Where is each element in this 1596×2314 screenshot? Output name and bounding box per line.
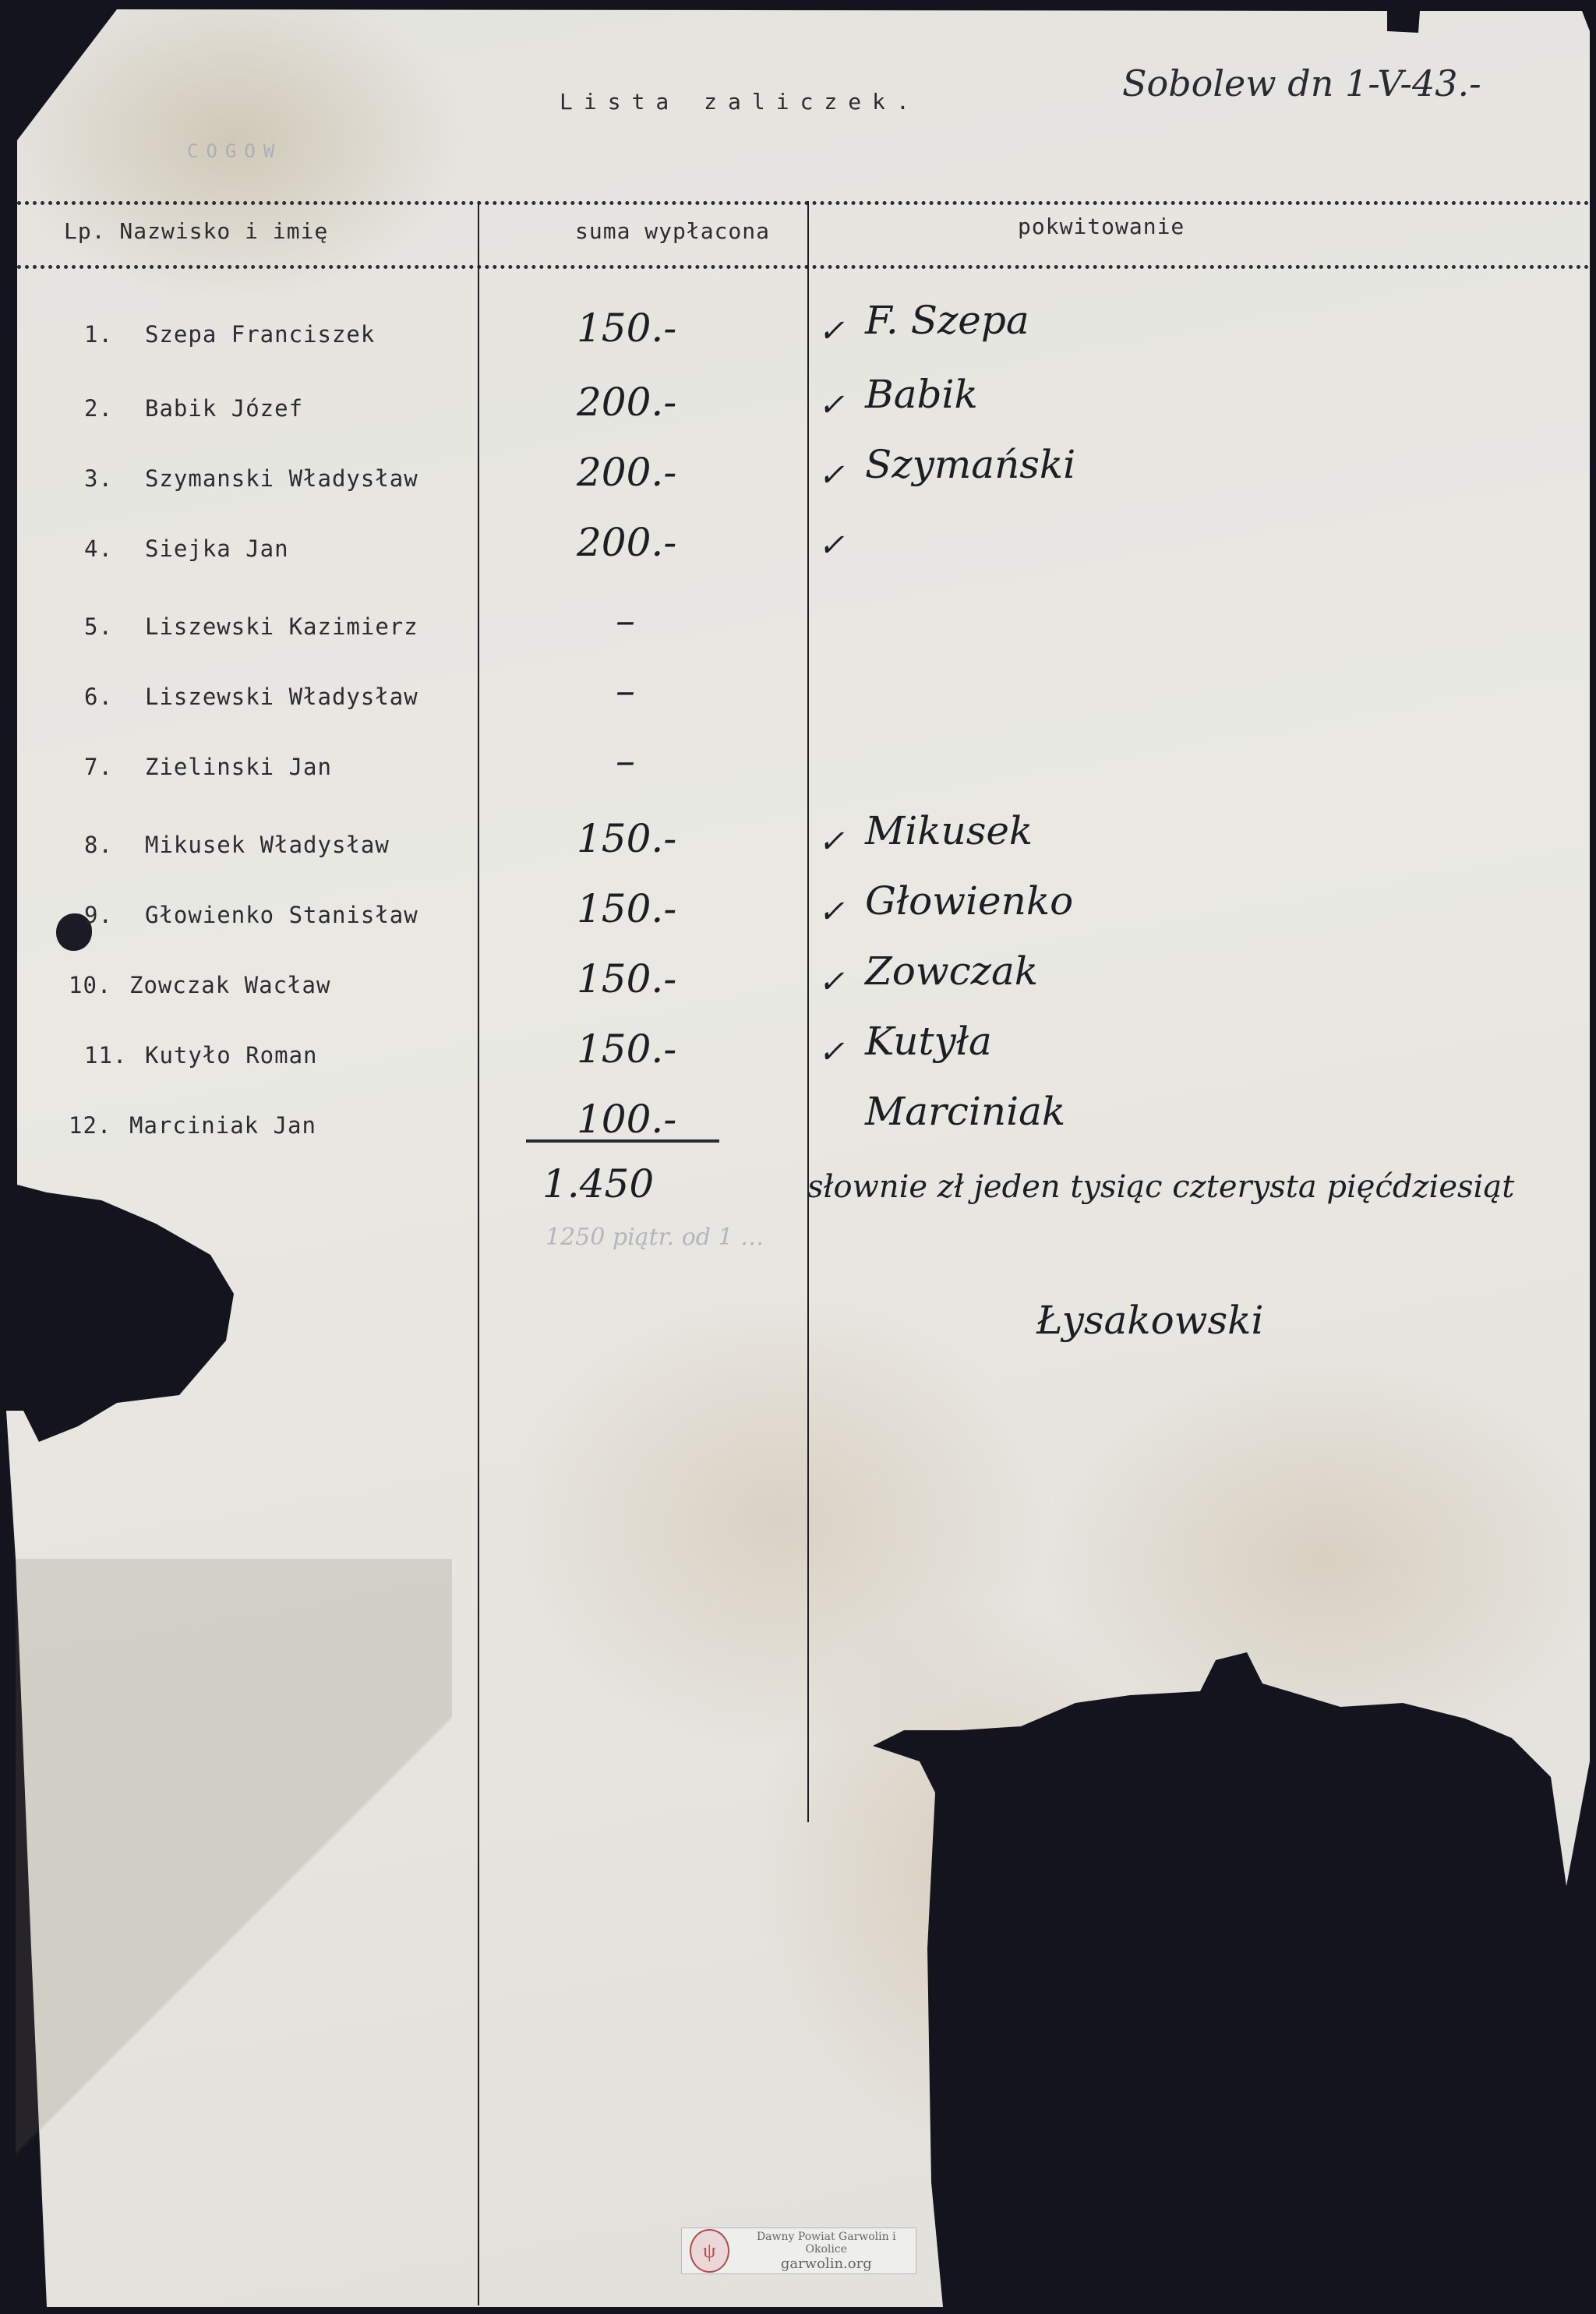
check-icon: ✓ bbox=[818, 894, 845, 930]
check-icon: ✓ bbox=[818, 1034, 845, 1070]
row-amount: 200.- bbox=[577, 450, 676, 495]
row-signature: Głowienko bbox=[865, 878, 1073, 924]
row-signature: Marciniak bbox=[865, 1089, 1065, 1134]
row-amount: 200.- bbox=[577, 520, 676, 565]
row-signature: F. Szepa bbox=[865, 298, 1029, 343]
watermark-line1: Dawny Powiat Garwolin i Okolice bbox=[737, 2231, 916, 2256]
row-amount: 200.- bbox=[577, 380, 676, 425]
column-header-name: Lp. Nazwisko i imię bbox=[64, 218, 328, 244]
row-name: Kutyło Roman bbox=[145, 1042, 318, 1069]
row-amount: – bbox=[616, 598, 635, 643]
row-name: Szepa Franciszek bbox=[145, 321, 375, 348]
header-bottom-rule bbox=[17, 265, 1590, 269]
row-number: 10. bbox=[69, 972, 111, 998]
check-icon: ✓ bbox=[818, 528, 845, 563]
row-amount: 150.- bbox=[577, 1026, 676, 1072]
column-divider-1 bbox=[478, 201, 479, 2305]
row-amount: 150.- bbox=[577, 306, 676, 351]
row-name: Zowczak Wacław bbox=[129, 972, 330, 998]
row-name: Liszewski Kazimierz bbox=[145, 613, 418, 640]
check-icon: ✓ bbox=[818, 824, 845, 860]
row-name: Głowienko Stanisław bbox=[145, 902, 418, 928]
row-signature: Kutyła bbox=[865, 1019, 992, 1064]
row-number: 3. bbox=[84, 465, 113, 492]
total-amount: 1.450 bbox=[542, 1161, 654, 1206]
row-number: 8. bbox=[84, 832, 113, 858]
watermark-badge: ψ Dawny Powiat Garwolin i Okolice garwol… bbox=[681, 2227, 916, 2274]
check-icon: ✓ bbox=[818, 313, 845, 349]
row-signature: Babik bbox=[865, 372, 978, 417]
total-in-words: słownie zł jeden tysiąc czterysta pięćdz… bbox=[807, 1169, 1514, 1205]
page-title: Lista zaliczek. bbox=[560, 89, 920, 115]
total-underline bbox=[526, 1139, 719, 1143]
row-name: Liszewski Władysław bbox=[145, 684, 418, 710]
row-amount: – bbox=[616, 738, 635, 783]
row-amount: 150.- bbox=[577, 816, 676, 861]
check-icon: ✓ bbox=[818, 387, 845, 423]
row-number: 5. bbox=[84, 613, 113, 640]
closing-signature: Łysakowski bbox=[1036, 1298, 1263, 1343]
faded-stamp: COGOW bbox=[187, 140, 282, 162]
row-name: Babik Józef bbox=[145, 395, 303, 422]
faint-note: 1250 piątr. od 1 … bbox=[546, 1224, 764, 1251]
row-name: Zielinski Jan bbox=[145, 754, 332, 780]
row-name: Siejka Jan bbox=[145, 535, 289, 562]
header-top-rule bbox=[17, 201, 1590, 205]
row-number: 1. bbox=[84, 321, 113, 348]
row-number: 12. bbox=[69, 1112, 111, 1139]
paper-fold bbox=[16, 1559, 452, 2307]
row-amount: – bbox=[616, 668, 635, 713]
row-number: 4. bbox=[84, 535, 113, 562]
column-header-amount: suma wypłacona bbox=[575, 218, 770, 244]
row-name: Marciniak Jan bbox=[129, 1112, 316, 1139]
row-signature: Szymański bbox=[865, 442, 1075, 487]
handwritten-date: Sobolew dn 1-V-43.- bbox=[1122, 62, 1481, 104]
row-amount: 150.- bbox=[577, 886, 676, 931]
check-icon: ✓ bbox=[818, 458, 845, 493]
row-number: 7. bbox=[84, 754, 113, 780]
row-number: 9. bbox=[84, 902, 113, 928]
watermark-text: Dawny Powiat Garwolin i Okolice garwolin… bbox=[737, 2231, 916, 2272]
row-signature: Zowczak bbox=[865, 949, 1038, 994]
row-number: 11. bbox=[84, 1042, 127, 1069]
check-icon: ✓ bbox=[818, 964, 845, 1000]
row-number: 2. bbox=[84, 395, 113, 422]
column-divider-2 bbox=[807, 201, 809, 1822]
row-number: 6. bbox=[84, 684, 113, 710]
row-name: Mikusek Władysław bbox=[145, 832, 390, 858]
row-amount: 150.- bbox=[577, 956, 676, 1002]
column-header-receipt: pokwitowanie bbox=[1018, 214, 1185, 239]
watermark-line2: garwolin.org bbox=[737, 2256, 916, 2272]
seal-icon: ψ bbox=[690, 2229, 729, 2273]
row-signature: Mikusek bbox=[865, 808, 1033, 853]
row-amount: 100.- bbox=[577, 1097, 676, 1142]
row-name: Szymanski Władysław bbox=[145, 465, 418, 492]
